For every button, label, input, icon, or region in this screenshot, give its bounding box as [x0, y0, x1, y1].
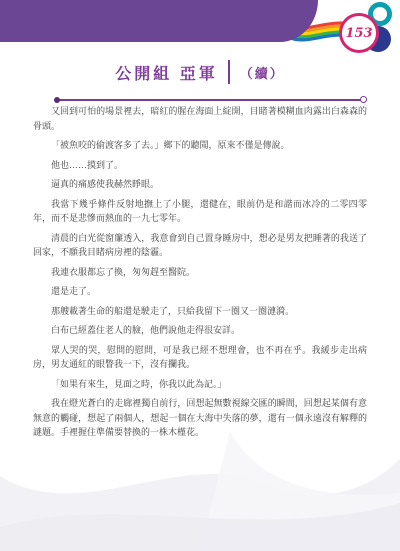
title-divider-bar — [228, 60, 230, 84]
divider-dot-open-icon — [360, 96, 367, 103]
page-number-badge: 153 — [339, 13, 379, 53]
section-title-row: 公開組 亞軍 （續） — [0, 60, 400, 84]
document-page: 優勝作品 153 公開組 亞軍 （續） 又回到可怕的場景裡去，暗紅的腥在海面上綻… — [0, 0, 400, 551]
article-paragraph: 我連衣服都忘了換，匆匆趕至醫院。 — [33, 265, 367, 280]
section-title: 公開組 亞軍 — [115, 61, 217, 84]
article-paragraph: 眾人哭的哭，慰問的慰問，可是我已經不想理會，也不再在乎。我緩步走出病房，男友通紅… — [33, 343, 367, 372]
article-paragraph: 逼真的痛感使我赫然睜眼。 — [33, 177, 367, 192]
content-divider — [57, 99, 363, 101]
article-paragraph: 「如果有來生，見面之時，你我以此為記。」 — [33, 377, 367, 392]
article-paragraph: 我當下幾乎條件反射地撫上了小腿，還健在，眼前仍是和諧而冰冷的二零四零年，而不是悲… — [33, 197, 367, 226]
background-swoosh — [0, 431, 400, 551]
header-banner — [0, 0, 318, 42]
divider-dot-filled-icon — [54, 97, 60, 103]
article-paragraph: 「被魚咬的偷渡客多了去。」鄉下的聽聞，原來不僅是傳說。 — [33, 138, 367, 153]
page-number: 153 — [345, 26, 372, 41]
article-paragraph: 我在燈光蒼白的走廊裡獨自前行，回想起無數視線交匯的瞬間，回想起某個有意無意的觸碰… — [33, 396, 367, 440]
story-body: 又回到可怕的場景裡去，暗紅的腥在海面上綻開，目睹著模糊血肉露出白森森的骨頭。 「… — [33, 104, 367, 445]
article-paragraph: 他也……摸到了。 — [33, 158, 367, 173]
article-paragraph: 白布已經蓋住老人的臉，他們說他走得很安詳。 — [33, 323, 367, 338]
article-paragraph: 清晨的白光從窗簾透入，我意會到自己置身睡房中，想必是男友把睡著的我送了回家，不願… — [33, 231, 367, 260]
article-paragraph: 還是走了。 — [33, 284, 367, 299]
article-paragraph: 那艘載著生命的船還是駛走了，只給我留下一圈又一圈漣漪。 — [33, 304, 367, 319]
continued-label: （續） — [240, 63, 285, 82]
article-paragraph: 又回到可怕的場景裡去，暗紅的腥在海面上綻開，目睹著模糊血肉露出白森森的骨頭。 — [33, 104, 367, 133]
